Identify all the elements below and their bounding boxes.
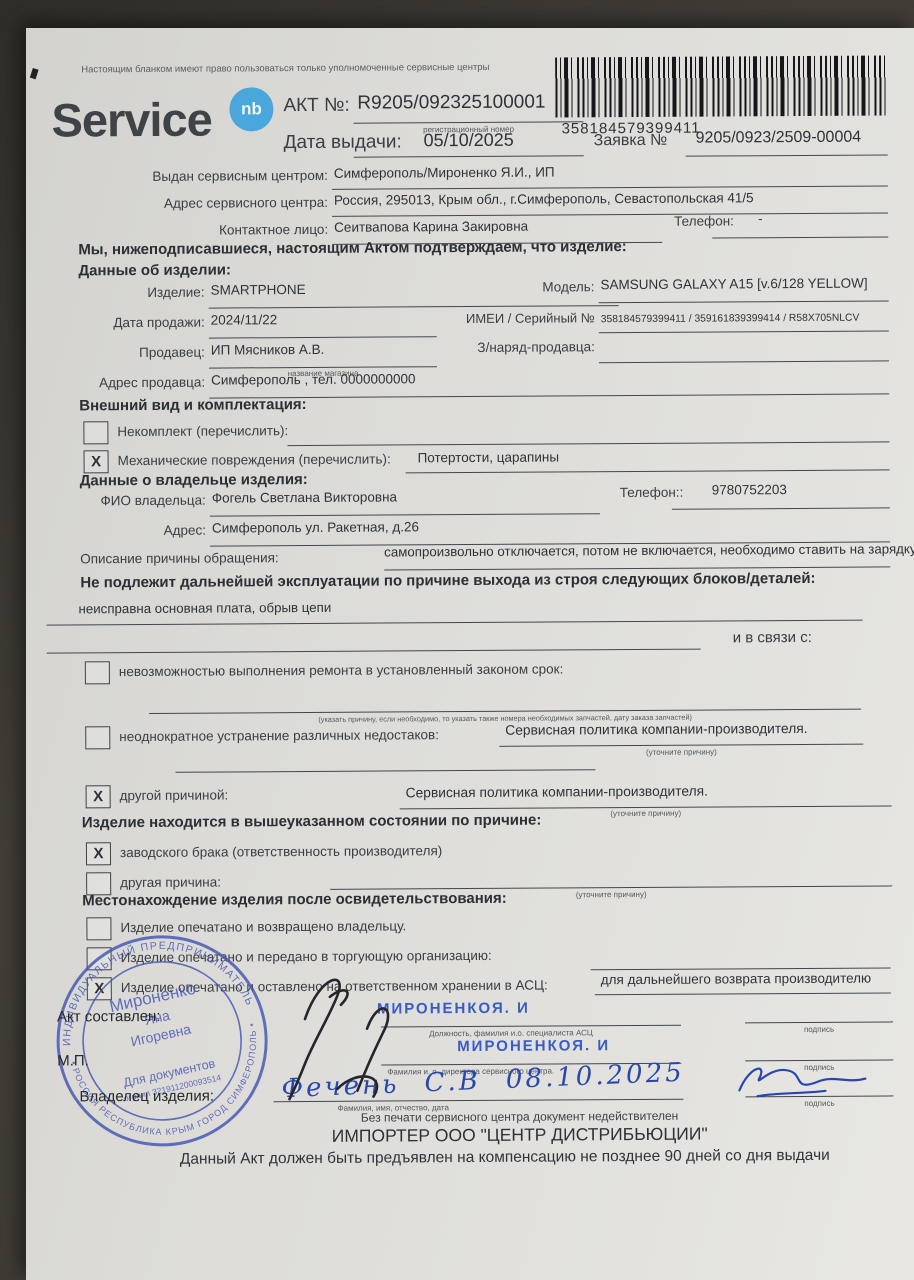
seller-value: ИП Мясников А.В.	[211, 342, 325, 358]
barcode	[555, 55, 887, 117]
issue-date-label: Дата выдачи:	[284, 131, 402, 154]
deadline-line: Данный Акт должен быть предъявлен на ком…	[140, 1147, 870, 1169]
act-number-line	[354, 121, 584, 123]
owner-sign-label: Владелец изделия:	[79, 1088, 214, 1106]
incomplete-label: Некомплект (перечислить):	[117, 423, 288, 439]
sign-caption-1: подпись	[745, 1024, 893, 1034]
defect-line	[47, 620, 863, 626]
owner-address-label: Адрес:	[46, 523, 206, 539]
incomplete-line	[287, 441, 889, 446]
state-heading: Изделие находится в вышеуказанном состоя…	[82, 812, 542, 832]
imei-value: 358184579399411 / 359161839399414 / R58X…	[601, 313, 860, 326]
seller-address-label: Адрес продавца:	[45, 375, 205, 391]
seller-address-line	[209, 393, 889, 398]
usage-notice: Настоящим бланком имеют право пользовать…	[81, 62, 489, 75]
act-prepared-label: Акт составлен:	[57, 1008, 161, 1026]
other-cause-label: другой причиной:	[120, 787, 229, 803]
sign-line-1	[745, 1021, 893, 1023]
corner-mark-artifact	[30, 68, 39, 79]
seller-order-label: З/наряд-продавца:	[445, 339, 595, 355]
checkbox-x-mark: X	[93, 789, 103, 804]
importer-line: ИМПОРТЕР ООО "ЦЕНТР ДИСТРИБЬЮЦИИ"	[190, 1123, 850, 1148]
factory-defect-label: заводского брака (ответственность произв…	[120, 843, 442, 860]
damage-line	[406, 469, 890, 473]
location-heading: Местонахождение изделия после освидетель…	[82, 890, 507, 910]
other-reason-label: другая причина:	[120, 875, 221, 891]
request-number-value: 9205/0923/2509-00004	[696, 129, 862, 148]
impossible-label: невозможностью выполнения ремонта в уста…	[119, 661, 564, 679]
other-cause-value: Сервисная политика компании-производител…	[406, 784, 708, 801]
act-number-value: R9205/092325100001	[357, 92, 545, 115]
sale-date-value: 2024/11/22	[211, 312, 278, 327]
complaint-label: Описание причины обращения:	[80, 550, 279, 566]
defect-value: неисправна основная плата, обрыв цепи	[78, 600, 331, 617]
sc-address-line	[332, 212, 888, 216]
sc-address-value: Россия, 295013, Крым обл., г.Симферополь…	[334, 190, 754, 208]
sale-date-label: Дата продажи:	[45, 315, 205, 331]
defect-line-2	[47, 649, 701, 654]
owner-name-value: Фогель Светлана Викторовна	[212, 489, 397, 505]
owner-phone-label: Телефон::	[620, 485, 684, 500]
complaint-value: самопроизвольно отключается, потом не вк…	[384, 541, 914, 559]
mp-label: М.П.	[57, 1052, 89, 1069]
pen-signature-dark	[275, 966, 506, 1117]
repeated-checkbox	[85, 726, 110, 749]
seller-order-line	[599, 360, 889, 363]
owner-heading: Данные о владельце изделия:	[80, 471, 308, 489]
product-heading: Данные об изделии:	[78, 261, 231, 279]
damage-checkbox: X	[84, 450, 109, 473]
issued-by-line	[332, 185, 888, 189]
issued-by-label: Выдан сервисным центром:	[44, 168, 328, 185]
damage-value: Потертости, царапины	[418, 449, 560, 465]
model-line	[599, 300, 889, 303]
asc-storage-value: для дальнейшего возврата производителю	[601, 971, 871, 988]
item-value: SMARTPHONE	[210, 282, 305, 298]
owner-name-line	[210, 513, 600, 516]
sale-date-line	[209, 336, 437, 338]
owner-phone-line	[672, 507, 890, 509]
item-label: Изделие:	[45, 285, 205, 301]
request-number-line	[686, 154, 888, 156]
checkbox-x-mark: X	[91, 454, 101, 469]
imei-line	[599, 330, 889, 333]
asc-storage-line	[595, 992, 891, 995]
appearance-heading: Внешний вид и комплектация:	[79, 396, 307, 414]
unusable-heading: Не подлежит дальнейшей эксплуатации по п…	[80, 570, 815, 591]
issued-by-value: Симферополь/Мироненко Я.И., ИП	[334, 164, 555, 180]
sc-address-label: Адрес сервисного центра:	[44, 195, 328, 212]
imei-label: ИМЕИ / Серийный №	[445, 310, 595, 326]
repeated-label: неоднократное устранение различных недос…	[119, 727, 439, 744]
incomplete-checkbox	[83, 421, 108, 444]
sc-phone-line	[712, 236, 888, 238]
damage-label: Механические повреждения (перечислить):	[118, 451, 391, 468]
contact-person-value: Сеитвапова Карина Закировна	[334, 219, 528, 235]
seller-label: Продавец:	[45, 345, 205, 361]
service-logo: Service	[51, 92, 212, 148]
checkbox-x-mark: X	[93, 846, 103, 861]
other-cause-checkbox: X	[86, 785, 111, 808]
sc-phone-label: Телефон:	[674, 213, 734, 228]
model-label: Модель:	[474, 279, 594, 295]
document-page: Настоящим бланком имеют право пользовать…	[26, 28, 914, 1280]
stray-line	[175, 769, 595, 773]
sc-phone-value: -	[758, 211, 763, 226]
pen-signature-blue	[729, 1057, 899, 1104]
repeated-value: Сервисная политика компании-производител…	[505, 721, 807, 738]
owner-phone-value: 9780752203	[712, 482, 787, 497]
contact-person-label: Контактное лицо:	[44, 222, 328, 239]
owner-name-label: ФИО владельца:	[46, 493, 206, 509]
nb-logo-badge: nb	[229, 87, 273, 131]
issue-date-line	[354, 155, 584, 157]
request-number-label: Заявка №	[594, 132, 668, 150]
issue-date-value: 05/10/2025	[424, 130, 514, 152]
and-due-label: и в связи с:	[733, 629, 812, 646]
owner-address-value: Симферополь ул. Ракетная, д.26	[212, 519, 419, 535]
repeated-caption: (уточните причину)	[499, 747, 863, 758]
factory-defect-checkbox: X	[86, 842, 111, 865]
act-number-label: АКТ №:	[283, 95, 349, 117]
seller-address-value: Симферополь , тел. 0000000000	[211, 371, 416, 387]
statement-text: Мы, нижеподписавшиеся, настоящим Актом п…	[78, 238, 627, 258]
impossible-checkbox	[85, 661, 110, 684]
item-line	[209, 305, 619, 309]
model-value: SAMSUNG GALAXY A15 [v.6/128 YELLOW]	[600, 276, 867, 293]
